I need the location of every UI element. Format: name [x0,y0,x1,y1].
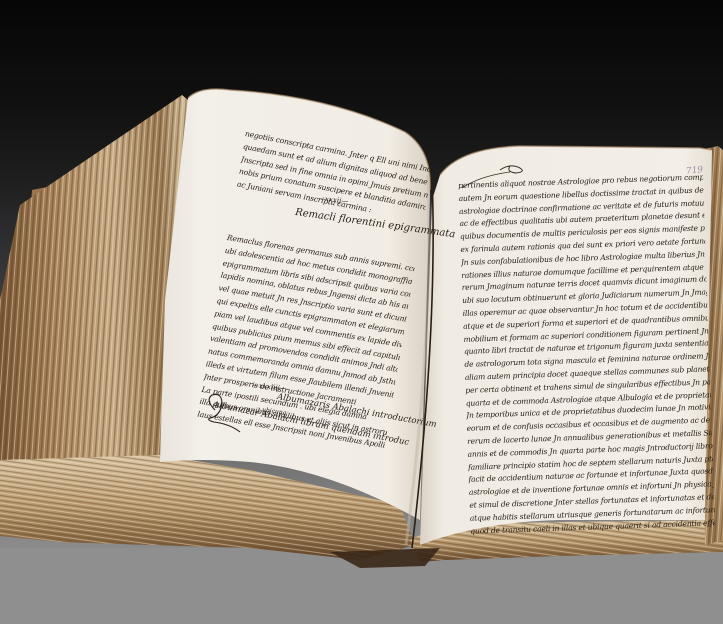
right-page-text: pertinentis aliquot nostrae Astrologiae … [458,171,723,538]
